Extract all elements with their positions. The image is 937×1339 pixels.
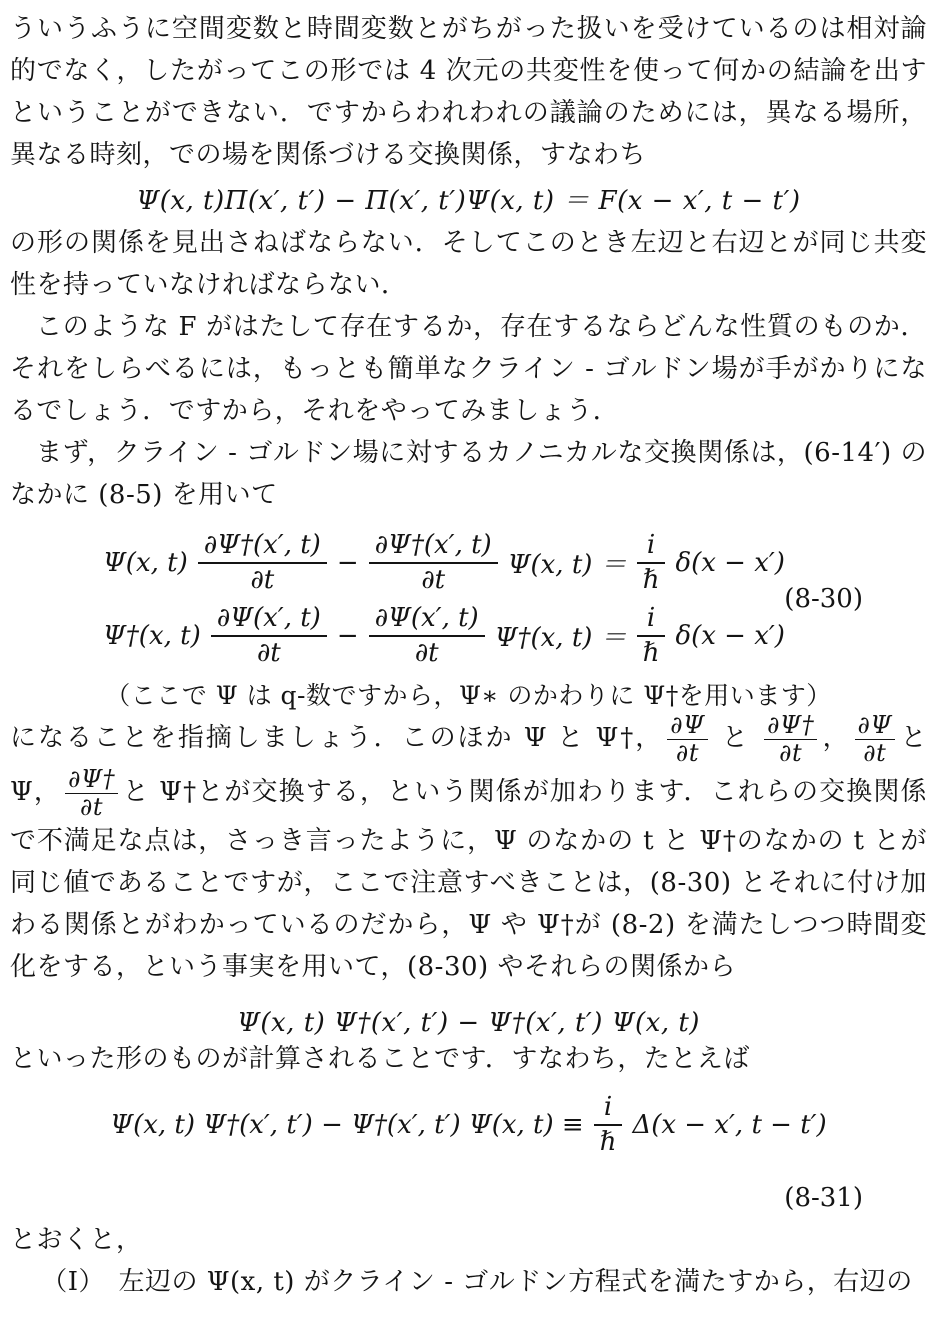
eq830-l1-post: δ(x − x′) [675,548,784,578]
p5-f3-num: ∂Ψ [855,712,895,740]
eq830-l1-fraction1: ∂Ψ†(x′, t)∂t [198,530,327,595]
p5-f2-num: ∂Ψ† [764,712,817,740]
eq830-l2-fraction2: ∂Ψ(x′, t)∂t [369,603,485,668]
eq831-pre: Ψ(x, t) Ψ†(x′, t′) − Ψ†(x′, t′) Ψ(x, t) … [110,1110,583,1140]
eq830-l1-minus: − [337,548,359,578]
eq830-l2-fraction3: iℏ [637,603,666,668]
eq830-l1-f3-num: i [637,530,666,564]
equation-number-8-31: (8-31) [10,1177,927,1219]
p5-f3-den: ∂t [855,740,895,766]
equation-F-relation: Ψ(x, t)Π(x′, t′) − Π(x′, t′)Ψ(x, t) ＝ F(… [10,180,927,222]
eq830-l1-f1-den: ∂t [198,564,327,595]
eq830-l2-fraction1: ∂Ψ(x′, t)∂t [211,603,327,668]
eq830-l2-mid: Ψ†(x, t) ＝ [495,617,627,654]
p5-f2-den: ∂t [764,740,817,766]
paragraph-tokuto: とおくと， [10,1219,927,1261]
eq830-l1-f3-den: ℏ [637,564,666,595]
eq830-l2-f1-den: ∂t [211,637,327,668]
p5-fraction2: ∂Ψ†∂t [764,712,817,766]
eq830-l1-fraction3: iℏ [637,530,666,595]
eq830-l2-f2-num: ∂Ψ(x′, t) [369,603,485,637]
p5-f4-num: ∂Ψ† [65,766,118,794]
eq830-l2-f2-den: ∂t [369,637,485,668]
p5-f1-den: ∂t [667,740,707,766]
eq830-l2-f3-num: i [637,603,666,637]
paragraph-intro: ういうふうに空間変数と時間変数とがちがった扱いを受けているのは相対論的でなく，し… [10,8,927,176]
paragraph-canonical-commutation: まず，クライン - ゴルドン場に対するカノニカルな交換関係は，(6-14′) の… [10,432,927,516]
eq830-l2-post: δ(x − x′) [675,621,784,651]
eq830-l2-f3-den: ℏ [637,637,666,668]
eq830-l1-fraction2: ∂Ψ†(x′, t)∂t [369,530,498,595]
eq830-l1-pre: Ψ(x, t) [103,548,188,578]
p5-fraction4: ∂Ψ†∂t [65,766,118,820]
eq830-l2-minus: − [337,621,359,651]
eq830-l1-mid: Ψ(x, t) ＝ [508,544,627,581]
eq831-f-num: i [594,1092,623,1126]
paragraph-commutation-remarks: になることを指摘しましょう．このほか Ψ と Ψ†，∂Ψ∂t と ∂Ψ†∂t，∂… [10,712,927,988]
p5-f4-den: ∂t [65,794,118,820]
equation-8-30-note: （ここで Ψ は q-数ですから，Ψ∗ のかわりに Ψ†を用います） [10,676,927,712]
eq830-l1-f2-den: ∂t [369,564,498,595]
p5-fraction3: ∂Ψ∂t [855,712,895,766]
eq830-l2-f1-num: ∂Ψ(x′, t) [211,603,327,637]
paragraph-existence-of-F: このような F がはたして存在するか，存在するならどんな性質のものか．それをしら… [10,306,927,432]
eq831-f-den: ℏ [594,1126,623,1157]
p5-text3: ， [821,723,850,753]
eq831-fraction: iℏ [594,1092,623,1157]
p5-text1: になることを指摘しましょう．このほか Ψ と Ψ†， [10,723,663,753]
equation-8-30: Ψ(x, t) ∂Ψ†(x′, t)∂t − ∂Ψ†(x′, t)∂t Ψ(x,… [10,530,927,668]
equation-8-31: Ψ(x, t) Ψ†(x′, t′) − Ψ†(x′, t′) Ψ(x, t) … [10,1092,927,1157]
paragraph-form-relation: の形の関係を見出さねばならない．そしてこのとき左辺と右辺とが同じ共変性を持ってい… [10,222,927,306]
eq831-post: Δ(x − x′, t − t′) [632,1110,826,1140]
eq830-l2-pre: Ψ†(x, t) [103,621,201,651]
paragraph-item-I: （Ⅰ） 左辺の Ψ(x, t) がクライン - ゴルドン方程式を満たすから，右辺… [10,1261,927,1303]
p5-fraction1: ∂Ψ∂t [667,712,707,766]
equation-commutator: Ψ(x, t) Ψ†(x′, t′) − Ψ†(x′, t′) Ψ(x, t) [10,1008,927,1038]
p5-f1-num: ∂Ψ [667,712,707,740]
book-page: ういうふうに空間変数と時間変数とがちがった扱いを受けているのは相対論的でなく，し… [0,0,937,1339]
paragraph-such-form: といった形のものが計算されることです．すなわち，たとえば [10,1038,927,1080]
equation-number-8-30: (8-30) [784,584,863,614]
eq830-l1-f2-num: ∂Ψ†(x′, t) [369,530,498,564]
p5-text2: と [712,723,760,753]
eq830-l1-f1-num: ∂Ψ†(x′, t) [198,530,327,564]
p5-text5: と Ψ†とが交換する，という関係が加わります．これらの交換関係で不満足な点は，さ… [10,777,927,982]
